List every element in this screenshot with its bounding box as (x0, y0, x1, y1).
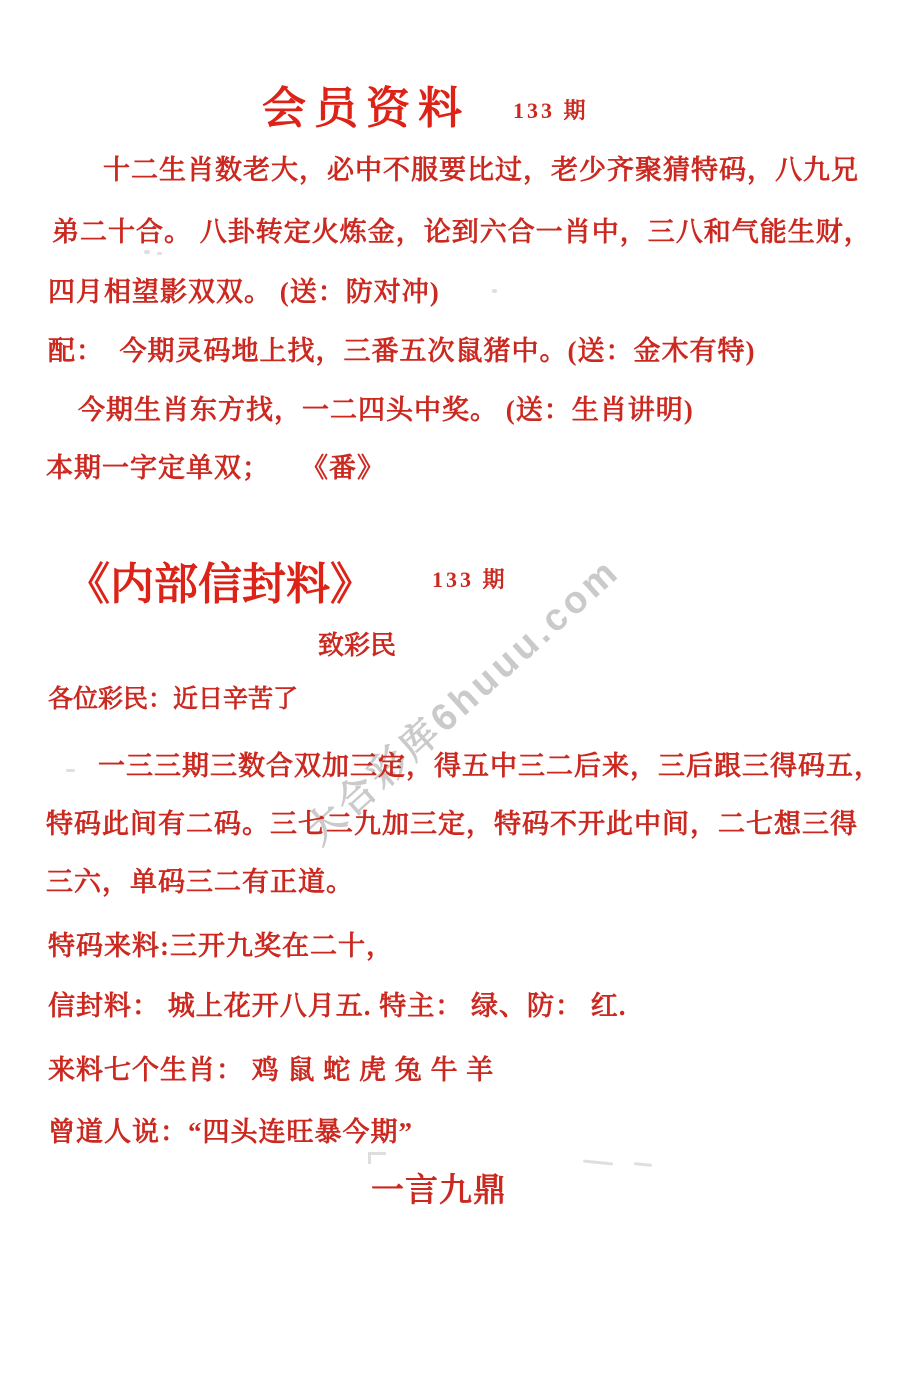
footer-seal-text: 一言九鼎 (371, 1164, 507, 1211)
member-section-issue-number: 133 期 (513, 94, 589, 125)
scan-noise-dash (583, 1159, 613, 1165)
scan-noise-hook (368, 1152, 386, 1164)
zengdaoren-quote-line: 曾道人说：“四头连旺暴今期” (48, 1110, 413, 1149)
envelope-material-line: 信封料： 城上花开八月五. 特主： 绿、防： 红. (48, 984, 627, 1023)
seven-zodiacs-line: 来料七个生肖： 鸡 鼠 蛇 虎 兔 牛 羊 (48, 1048, 494, 1087)
scanned-document-page: 大合彩库6huuu.com 会员资料 133 期 十二生肖数老大，必中不服要比过… (0, 0, 912, 1388)
envelope-paragraph-line-1: 一三三期三数合双加三定，得五中三二后来，三后跟三得码五， (98, 744, 882, 783)
member-oddeven-line: 本期一字定单双； 《番》 (46, 446, 385, 485)
scan-noise-speck (144, 250, 150, 254)
scan-noise-dash (634, 1162, 652, 1167)
envelope-paragraph-line-3: 三六，单码三二有正道。 (46, 860, 354, 899)
envelope-greeting: 各位彩民：近日辛苦了 (48, 679, 298, 715)
envelope-paragraph-line-2: 特码此间有二码。三七二九加三定，特码不开此中间，二七想三得 (46, 802, 858, 841)
member-match-line: 配： 今期灵码地上找，三番五次鼠猪中。(送：金木有特) (48, 329, 755, 368)
member-section-title: 会员资料 (262, 72, 470, 136)
member-verse-line-3: 四月相望影双双。 (送：防对冲) (48, 270, 440, 309)
member-verse-line-2: 弟二十合。 八卦转定火炼金，论到六合一肖中，三八和气能生财， (52, 210, 872, 249)
special-code-tip-line: 特码来料:三开九奖在二十， (48, 924, 394, 963)
member-zodiac-line: 今期生肖东方找，一二四头中奖。 (送：生肖讲明) (78, 388, 694, 427)
envelope-subtitle: 致彩民 (318, 625, 396, 662)
envelope-section-issue-number: 133 期 (432, 563, 508, 594)
scan-noise-speck (492, 289, 497, 293)
envelope-section-title: 《内部信封料》 (66, 548, 374, 612)
member-verse-line-1: 十二生肖数老大，必中不服要比过，老少齐聚猜特码，八九兄 (103, 148, 859, 187)
scan-noise-speck (66, 769, 75, 772)
scan-noise-speck (157, 252, 162, 255)
